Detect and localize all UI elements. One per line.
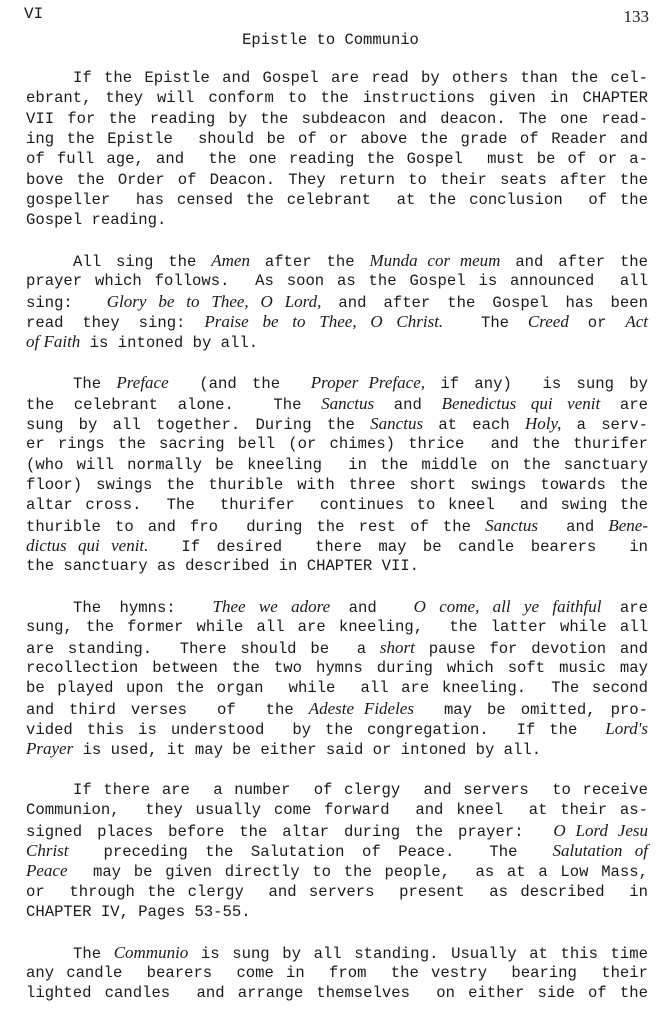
italic-term: Glory be to Thee, O Lord, (107, 292, 322, 311)
text-line: the celebrant alone. The Sanctus and Ben… (26, 394, 648, 414)
paragraph: If the Epistle and Gospel are read by ot… (26, 68, 648, 231)
italic-term: Bene- (608, 516, 648, 535)
document-page: VI 133 Epistle to Communio If the Epistl… (0, 0, 661, 1025)
text-line: altar cross. The thurifer continues to k… (26, 495, 648, 515)
text-line: The Communio is sung by all standing. Us… (26, 943, 648, 963)
italic-term: Salutation of (552, 841, 648, 860)
italic-term: Adeste Fideles (309, 699, 414, 718)
text-line: sing: Glory be to Thee, O Lord, and afte… (26, 292, 648, 312)
text-line: are standing. There should be a short pa… (26, 638, 648, 658)
italic-term: Amen (211, 251, 250, 270)
text-line: Communion, they usually come forward and… (26, 800, 648, 820)
text-line: The Preface (and the Proper Preface, if … (26, 373, 648, 393)
text-line: any candle bearers come in from the vest… (26, 963, 648, 983)
text-line: prayer which follows. As soon as the Gos… (26, 271, 648, 291)
text-line: and third verses of the Adeste Fideles m… (26, 699, 648, 719)
text-line: of full age, and the one reading the Gos… (26, 149, 648, 169)
text-line: If the Epistle and Gospel are read by ot… (26, 68, 648, 88)
text-line: sung, the former while all are kneeling,… (26, 617, 648, 637)
text-line: The hymns: Thee we adore and O come, all… (26, 597, 648, 617)
text-line: bove the Order of Deacon. They return to… (26, 170, 648, 190)
italic-term: dictus qui venit. (26, 536, 148, 555)
text-line: thurible to and fro during the rest of t… (26, 516, 648, 536)
italic-term: Sanctus (370, 414, 423, 433)
text-line: ing the Epistle should be of or above th… (26, 129, 648, 149)
italic-term: Communio (114, 943, 189, 962)
text-line: dictus qui venit. If desired there may b… (26, 536, 648, 556)
text-line: Peace may be given directly to the peopl… (26, 861, 648, 881)
text-line: er rings the sacring bell (or chimes) th… (26, 434, 648, 454)
paragraph: If there are a number of clergy and serv… (26, 780, 648, 922)
text-line: (who will normally be kneeling in the mi… (26, 455, 648, 475)
italic-term: Sanctus (321, 394, 374, 413)
italic-term: Sanctus (485, 516, 538, 535)
paragraph: The hymns: Thee we adore and O come, all… (26, 597, 648, 760)
paragraph: The Communio is sung by all standing. Us… (26, 943, 648, 1004)
text-line: or through the clergy and servers presen… (26, 882, 648, 902)
text-line: of Faith is intoned by all. (26, 332, 648, 352)
italic-term: O come, all ye faithful (414, 597, 602, 616)
text-line: gospeller has censed the celebrant at th… (26, 190, 648, 210)
italic-term: O Lord Jesu (553, 821, 648, 840)
text-line: Christ preceding the Salutation of Peace… (26, 841, 648, 861)
chapter-number: VI (24, 5, 43, 23)
italic-term: of Faith (26, 332, 80, 351)
italic-term: Praise be to Thee, O Christ. (204, 312, 443, 331)
text-line: ebrant, they will conform to the instruc… (26, 88, 648, 108)
italic-term: Proper Preface, (311, 373, 425, 392)
text-line: lighted candles and arrange themselves o… (26, 983, 648, 1003)
text-line: CHAPTER IV, Pages 53-55. (26, 902, 648, 922)
text-line: VII for the reading by the subdeacon and… (26, 109, 648, 129)
text-line: Gospel reading. (26, 210, 648, 230)
text-line: Prayer is used, it may be either said or… (26, 739, 648, 759)
page-number: 133 (624, 7, 650, 27)
page-title: Epistle to Communio (0, 31, 661, 49)
italic-term: Peace (26, 861, 68, 880)
text-line: sung by all together. During the Sanctus… (26, 414, 648, 434)
text-line: the sanctuary as described in CHAPTER VI… (26, 556, 648, 576)
text-line: signed places before the altar during th… (26, 821, 648, 841)
italic-term: Thee we adore (213, 597, 331, 616)
italic-term: Act (625, 312, 648, 331)
text-line: be played upon the organ while all are k… (26, 678, 648, 698)
italic-term: Munda cor meum (369, 251, 500, 270)
italic-term: Prayer (26, 739, 73, 758)
body-text: If the Epistle and Gospel are read by ot… (26, 68, 648, 1024)
italic-term: Preface (116, 373, 168, 392)
text-line: vided this is understood by the congrega… (26, 719, 648, 739)
text-line: All sing the Amen after the Munda cor me… (26, 251, 648, 271)
italic-term: Creed (528, 312, 569, 331)
text-line: read they sing: Praise be to Thee, O Chr… (26, 312, 648, 332)
text-line: If there are a number of clergy and serv… (26, 780, 648, 800)
italic-term: Holy, (525, 414, 561, 433)
italic-term: Benedictus qui venit (442, 394, 601, 413)
text-line: recollection between the two hymns durin… (26, 658, 648, 678)
italic-term: Christ (26, 841, 69, 860)
paragraph: The Preface (and the Proper Preface, if … (26, 373, 648, 576)
text-line: floor) swings the thurible with three sh… (26, 475, 648, 495)
italic-term: Lord's (605, 719, 648, 738)
paragraph: All sing the Amen after the Munda cor me… (26, 251, 648, 353)
italic-term: short (380, 638, 415, 657)
